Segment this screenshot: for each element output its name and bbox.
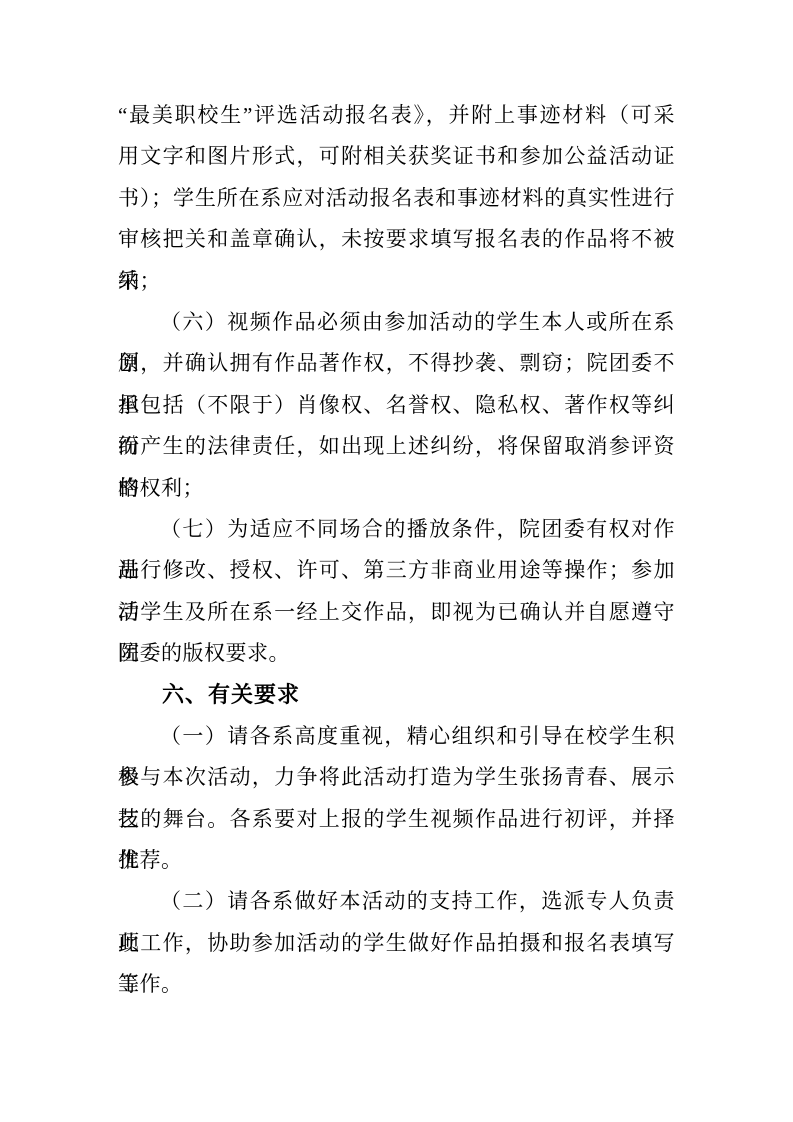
text-line: 纳； [118, 261, 675, 302]
text-line: 参与本次活动，力争将此活动打造为学生张扬青春、展示技 [118, 757, 675, 798]
text-line: 审核把关和盖章确认，未按要求填写报名表的作品将不被采 [118, 219, 675, 260]
document-page: “最美职校生”评选活动报名表》，并附上事迹材料（可采 用文字和图片形式，可附相关… [0, 0, 793, 1122]
text-line: 工作。 [118, 964, 675, 1005]
text-line: 推荐。 [118, 840, 675, 881]
text-line: 书）；学生所在系应对活动报名表和事迹材料的真实性进行 [118, 178, 675, 219]
text-line-paragraph-start: （一）请各系高度重视，精心组织和引导在校学生积极 [118, 716, 675, 757]
text-line: 团委的版权要求。 [118, 633, 675, 674]
text-line: 进行修改、授权、许可、第三方非商业用途等操作；参加活 [118, 550, 675, 591]
text-line: 项工作，协助参加活动的学生做好作品拍摄和报名表填写等 [118, 923, 675, 964]
text-line: 用文字和图片形式，可附相关获奖证书和参加公益活动证 [118, 136, 675, 177]
text-line: “最美职校生”评选活动报名表》，并附上事迹材料（可采 [118, 95, 675, 136]
text-line-paragraph-start: （七）为适应不同场合的播放条件，院团委有权对作品 [118, 509, 675, 550]
text-line-paragraph-start: （二）请各系做好本活动的支持工作，选派专人负责此 [118, 881, 675, 922]
text-line: 动学生及所在系一经上交作品，即视为已确认并自愿遵守院 [118, 592, 675, 633]
text-line: 艺的舞台。各系要对上报的学生视频作品进行初评，并择优 [118, 799, 675, 840]
text-line: 创，并确认拥有作品著作权，不得抄袭、剽窃；院团委不承 [118, 343, 675, 384]
document-text-block: “最美职校生”评选活动报名表》，并附上事迹材料（可采 用文字和图片形式，可附相关… [118, 95, 675, 1006]
section-heading: 六、有关要求 [118, 674, 675, 715]
text-line: 而产生的法律责任，如出现上述纠纷，将保留取消参评资格 [118, 426, 675, 467]
text-line: 担包括（不限于）肖像权、名誉权、隐私权、著作权等纠纷 [118, 385, 675, 426]
text-line-paragraph-start: （六）视频作品必须由参加活动的学生本人或所在系原 [118, 302, 675, 343]
text-line: 的权利； [118, 468, 675, 509]
